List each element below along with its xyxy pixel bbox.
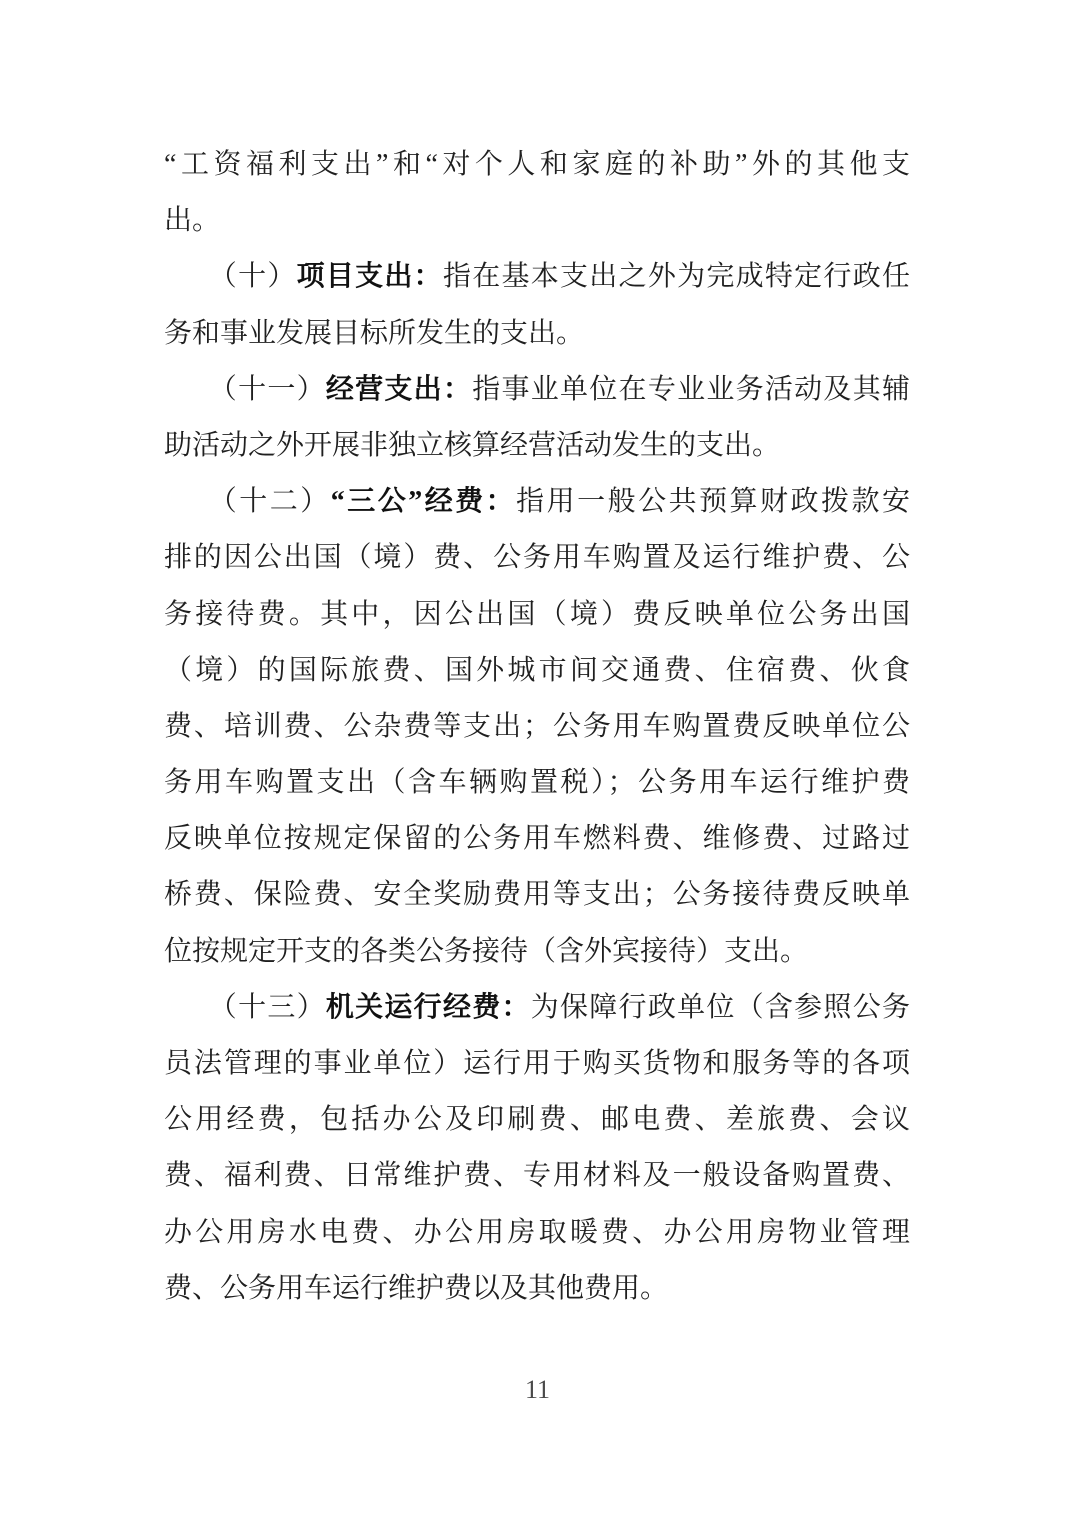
text-line: 费、培训费、公杂费等支出；公务用车购置费反映单位公 — [164, 699, 910, 755]
text-segment: 费、培训费、公杂费等支出；公务用车购置费反映单位公 — [164, 711, 910, 742]
text-segment: 排的因公出国（境）费、公务用车购置及运行维护费、公 — [164, 542, 910, 573]
text-line: （十）项目支出：指在基本支出之外为完成特定行政任 — [164, 249, 910, 305]
text-segment: （十） — [209, 261, 297, 292]
text-line: 排的因公出国（境）费、公务用车购置及运行维护费、公 — [164, 530, 910, 586]
text-line: （境）的国际旅费、国外城市间交通费、住宿费、伙食 — [164, 643, 910, 699]
text-segment: 务接待费。其中，因公出国（境）费反映单位公务出国 — [164, 599, 910, 630]
page-number: 11 — [0, 1374, 1075, 1406]
text-line: “工资福利支出”和“对个人和家庭的补助”外的其他支 — [164, 137, 910, 193]
text-segment: （境）的国际旅费、国外城市间交通费、住宿费、伙食 — [164, 655, 910, 686]
text-line: 务接待费。其中，因公出国（境）费反映单位公务出国 — [164, 587, 910, 643]
text-line: 反映单位按规定保留的公务用车燃料费、维修费、过路过 — [164, 811, 910, 867]
text-line: 务用车购置支出（含车辆购置税）；公务用车运行维护费 — [164, 755, 910, 811]
text-line: 公用经费，包括办公及印刷费、邮电费、差旅费、会议 — [164, 1092, 910, 1148]
text-segment: 员法管理的事业单位）运行用于购买货物和服务等的各项 — [164, 1048, 910, 1079]
text-line: 桥费、保险费、安全奖励费用等支出；公务接待费反映单 — [164, 867, 910, 923]
text-segment: 反映单位按规定保留的公务用车燃料费、维修费、过路过 — [164, 823, 910, 854]
text-segment: 务和事业发展目标所发生的支出。 — [164, 318, 584, 349]
text-line: 员法管理的事业单位）运行用于购买货物和服务等的各项 — [164, 1036, 910, 1092]
term-emphasis: 机关运行经费： — [326, 992, 531, 1023]
text-line: 务和事业发展目标所发生的支出。 — [164, 306, 910, 362]
text-segment: 出。 — [164, 205, 220, 236]
text-segment: 位按规定开支的各类公务接待（含外宾接待）支出。 — [164, 936, 808, 967]
document-page: “工资福利支出”和“对个人和家庭的补助”外的其他支出。（十）项目支出：指在基本支… — [0, 0, 1075, 1520]
term-emphasis: 经营支出： — [326, 374, 472, 405]
term-emphasis: “三公”经费： — [331, 486, 516, 517]
text-line: 助活动之外开展非独立核算经营活动发生的支出。 — [164, 418, 910, 474]
text-line: 办公用房水电费、办公用房取暖费、办公用房物业管理 — [164, 1205, 910, 1261]
text-segment: 办公用房水电费、办公用房取暖费、办公用房物业管理 — [164, 1217, 910, 1248]
text-segment: “工资福利支出”和“对个人和家庭的补助”外的其他支 — [164, 149, 910, 180]
text-segment: （十二） — [209, 486, 331, 517]
text-line: （十二）“三公”经费：指用一般公共预算财政拨款安 — [164, 474, 910, 530]
text-line: （十一）经营支出：指事业单位在专业业务活动及其辅 — [164, 362, 910, 418]
text-segment: 为保障行政单位（含参照公务 — [531, 992, 910, 1023]
text-segment: 务用车购置支出（含车辆购置税）；公务用车运行维护费 — [164, 767, 910, 798]
term-emphasis: 项目支出： — [297, 261, 443, 292]
text-segment: 助活动之外开展非独立核算经营活动发生的支出。 — [164, 430, 780, 461]
text-line: 位按规定开支的各类公务接待（含外宾接待）支出。 — [164, 924, 910, 980]
text-segment: （十三） — [209, 992, 326, 1023]
text-segment: 指在基本支出之外为完成特定行政任 — [443, 261, 910, 292]
text-line: 费、公务用车运行维护费以及其他费用。 — [164, 1261, 910, 1317]
text-line: 出。 — [164, 193, 910, 249]
text-line: 费、福利费、日常维护费、专用材料及一般设备购置费、 — [164, 1148, 910, 1204]
text-segment: 指事业单位在专业业务活动及其辅 — [472, 374, 910, 405]
text-segment: 指用一般公共预算财政拨款安 — [516, 486, 910, 517]
text-segment: 费、福利费、日常维护费、专用材料及一般设备购置费、 — [164, 1160, 910, 1191]
text-segment: 桥费、保险费、安全奖励费用等支出；公务接待费反映单 — [164, 879, 910, 910]
text-line: （十三）机关运行经费：为保障行政单位（含参照公务 — [164, 980, 910, 1036]
text-block: “工资福利支出”和“对个人和家庭的补助”外的其他支出。（十）项目支出：指在基本支… — [164, 137, 910, 1317]
text-segment: （十一） — [209, 374, 326, 405]
text-segment: 公用经费，包括办公及印刷费、邮电费、差旅费、会议 — [164, 1104, 910, 1135]
text-segment: 费、公务用车运行维护费以及其他费用。 — [164, 1273, 668, 1304]
